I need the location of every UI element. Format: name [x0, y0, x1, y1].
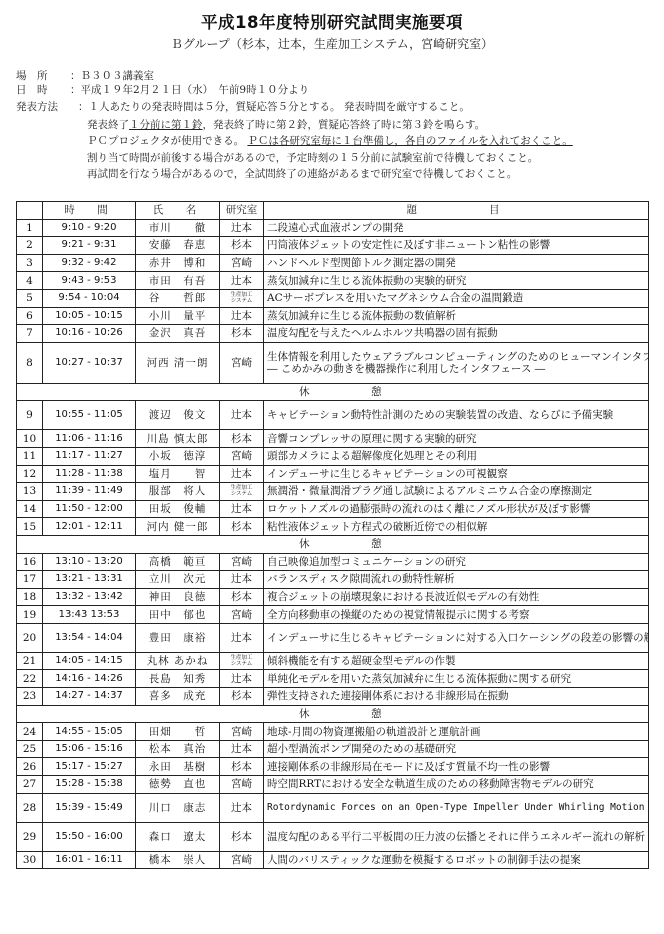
presenter-name: 徳勢 直也 — [136, 776, 220, 794]
thesis-title: 生体情報を利用したウェアラブルコンピューティングのためのヒューマンインタフェース… — [264, 342, 649, 383]
thesis-title: 超小型渦流ポンプ開発のための基礎研究 — [264, 740, 649, 758]
row-number: 2 — [17, 237, 43, 255]
presenter-name: 小川 量平 — [136, 307, 220, 325]
row-number: 13 — [17, 483, 43, 501]
thesis-title: ハンドヘルド型関節トルク測定器の開発 — [264, 254, 649, 272]
row-number: 16 — [17, 553, 43, 571]
table-row: 2615:17 - 15:27永田 基樹杉本連接剛体系の非線形局在モードに及ぼす… — [17, 758, 649, 776]
break-label: 休憩 — [17, 535, 649, 553]
thesis-title: 人間のバリスティックな運動を模擬するロボットの制御手法の提案 — [264, 851, 649, 869]
break-label-1: 休 — [299, 386, 371, 398]
break-row: 休憩 — [17, 383, 649, 401]
time-slot: 15:06 - 15:16 — [43, 740, 136, 758]
title-text: ACサーボプレスを用いたマグネシウム合金の温間鍛造 — [267, 292, 523, 304]
title-text: 頭部カメラによる超解像度化処理とその利用 — [267, 450, 477, 462]
row-number: 5 — [17, 289, 43, 307]
header-time: 時 間 — [43, 202, 136, 220]
lab-name: 辻本 — [220, 500, 264, 518]
time-slot: 13:21 - 13:31 — [43, 571, 136, 589]
lab-name: 杉本 — [220, 688, 264, 706]
lab-name: 宮崎 — [220, 553, 264, 571]
title-text: インデューサに生じるキャビテーションに対する入口ケーシングの段差の影響の解析 — [267, 632, 649, 644]
table-row: 19:10 - 9:20市川 徹辻本二段遠心式血液ポンプの開発 — [17, 219, 649, 237]
row-number: 14 — [17, 500, 43, 518]
table-row: 1613:10 - 13:20高橋 範亘宮崎自己映像追加型コミュニケーションの研… — [17, 553, 649, 571]
title-text: 連接剛体系の非線形局在モードに及ぼす質量不均一性の影響 — [267, 761, 550, 773]
table-row: 29:21 - 9:31安藤 春恵杉本円筒液体ジェットの安定性に及ぼす非ニュート… — [17, 237, 649, 255]
thesis-title: 音響コンプレッサの原理に関する実験的研究 — [264, 430, 649, 448]
lab-name: 杉本 — [220, 588, 264, 606]
presenter-name: 神田 良徳 — [136, 588, 220, 606]
time-slot: 13:10 - 13:20 — [43, 553, 136, 571]
table-row: 49:43 - 9:53市田 有吾辻本蒸気加減弁に生じる流体振動の実験的研究 — [17, 272, 649, 290]
time-slot: 13:43 13:53 — [43, 606, 136, 624]
thesis-title: 弾性支持された連接剛体系における非線形局在振動 — [264, 688, 649, 706]
lab-name: 辻本 — [220, 740, 264, 758]
break-row: 休憩 — [17, 535, 649, 553]
header-title: 題 目 — [264, 202, 649, 220]
datetime-value: ：平成１９年2月２１日（水） 午前9時１０分より — [70, 84, 309, 96]
table-row: 710:16 - 10:26金沢 真吾杉本温度勾配を与えたヘルムホルツ共鳴器の固… — [17, 325, 649, 343]
lab-name: 杉本 — [220, 758, 264, 776]
title-text: 全方向移動車の操縦のための視覚情報提示に関する考察 — [267, 609, 530, 621]
lab-name: 宮崎 — [220, 776, 264, 794]
row-number: 19 — [17, 606, 43, 624]
table-row: 810:27 - 10:37河西 清一朗宮崎生体情報を利用したウェアラブルコンピ… — [17, 342, 649, 383]
table-row: 610:05 - 10:15小川 量平辻本蒸気加減弁に生じる流体振動の数値解析 — [17, 307, 649, 325]
thesis-title: 複合ジェットの崩壊現象における長波近似モデルの有効性 — [264, 588, 649, 606]
lab-name: 辻本 — [220, 465, 264, 483]
time-slot: 10:05 - 10:15 — [43, 307, 136, 325]
method-label: 発表方法 — [16, 100, 78, 114]
table-row: 1913:43 13:53田中 郁也宮崎全方向移動車の操縦のための視覚情報提示に… — [17, 606, 649, 624]
lab-name: 辻本 — [220, 401, 264, 430]
table-header-row: 時 間 氏 名 研究室 題 目 — [17, 202, 649, 220]
title-text: Rotordynamic Forces on an Open-Type Impe… — [267, 802, 645, 813]
title-text: 地球-月間の物資運搬船の軌道設計と運航計画 — [267, 726, 481, 738]
method-line-3: ＰＣプロジェクタが使用できる。 ＰＣは各研究室毎に１台準備し，各自のファイルを入… — [87, 133, 573, 148]
method-line-3-pre: ＰＣプロジェクタが使用できる。 — [87, 135, 247, 147]
presenter-name: 喜多 成充 — [136, 688, 220, 706]
presenter-name: 橋本 崇人 — [136, 851, 220, 869]
presenter-name: 金沢 真吾 — [136, 325, 220, 343]
time-slot: 12:01 - 12:11 — [43, 518, 136, 536]
title-text: 弾性支持された連接剛体系における非線形局在振動 — [267, 690, 509, 702]
row-number: 23 — [17, 688, 43, 706]
break-label: 休憩 — [17, 705, 649, 723]
row-number: 9 — [17, 401, 43, 430]
lab-name: 宮崎 — [220, 254, 264, 272]
presenter-name: 田坂 俊輔 — [136, 500, 220, 518]
lab-name: 宮崎 — [220, 342, 264, 383]
presenter-name: 永田 基樹 — [136, 758, 220, 776]
page-title: 平成18年度特別研究試問実施要項 — [0, 9, 664, 33]
method-line-2: 発表終了１分前に第１鈴，発表終了時に第２鈴，質疑応答終了時に第３鈴を鳴らす。 — [87, 117, 485, 132]
table-row: 2715:28 - 15:38徳勢 直也宮崎時空間RRTにおける安全な軌道生成の… — [17, 776, 649, 794]
row-number: 4 — [17, 272, 43, 290]
title-text: 温度勾配のある平行二平板間の圧力波の伝播とそれに伴うエネルギー流れの解析 — [267, 831, 645, 843]
row-number: 29 — [17, 822, 43, 851]
lab-name: 宮崎 — [220, 851, 264, 869]
thesis-title: 時空間RRTにおける安全な軌道生成のための移動障害物モデルの研究 — [264, 776, 649, 794]
table-row: 1211:28 - 11:38塩月 智辻本インデューサに生じるキャビテーションの… — [17, 465, 649, 483]
thesis-title: 地球-月間の物資運搬船の軌道設計と運航計画 — [264, 723, 649, 741]
lab-name: 辻本 — [220, 307, 264, 325]
title-text: バランスディスク隙間流れの動特性解析 — [267, 573, 455, 585]
lab-name: 生産加工システム — [220, 483, 264, 501]
method-line-4: 割り当て時間が前後する場合があるので，予定時刻の１５分前に試験室前で待機しておく… — [87, 150, 538, 165]
lab-name: 杉本 — [220, 822, 264, 851]
title-text: 二段遠心式血液ポンプの開発 — [267, 222, 404, 234]
table-row: 59:54 - 10:04谷 哲郎生産加工システムACサーボプレスを用いたマグネ… — [17, 289, 649, 307]
time-slot: 14:55 - 15:05 — [43, 723, 136, 741]
thesis-title: ACサーボプレスを用いたマグネシウム合金の温間鍛造 — [264, 289, 649, 307]
presenter-name: 松本 真治 — [136, 740, 220, 758]
time-slot: 11:17 - 11:27 — [43, 447, 136, 465]
method-line-2-post: ，発表終了時に第２鈴，質疑応答終了時に第３鈴を鳴らす。 — [203, 119, 486, 131]
thesis-title: 粘性液体ジェット方程式の破断近傍での相似解 — [264, 518, 649, 536]
time-slot: 15:50 - 16:00 — [43, 822, 136, 851]
time-slot: 10:16 - 10:26 — [43, 325, 136, 343]
row-number: 20 — [17, 623, 43, 652]
table-row: 2314:27 - 14:37喜多 成充杉本弾性支持された連接剛体系における非線… — [17, 688, 649, 706]
presenter-name: 安藤 春恵 — [136, 237, 220, 255]
thesis-title: バランスディスク隙間流れの動特性解析 — [264, 571, 649, 589]
bell-rule-underlined: １分前に第１鈴 — [129, 119, 203, 131]
row-number: 18 — [17, 588, 43, 606]
table-row: 2815:39 - 15:49川口 康志辻本Rotordynamic Force… — [17, 793, 649, 822]
lab-name: 辻本 — [220, 793, 264, 822]
row-number: 10 — [17, 430, 43, 448]
title-text: ハンドヘルド型関節トルク測定器の開発 — [267, 257, 456, 269]
table-row: 39:32 - 9:42赤井 博和宮崎ハンドヘルド型関節トルク測定器の開発 — [17, 254, 649, 272]
table-row: 2214:16 - 14:26長島 知秀辻本単純化モデルを用いた蒸気加減弁に生じ… — [17, 670, 649, 688]
lab-name: 宮崎 — [220, 447, 264, 465]
row-number: 7 — [17, 325, 43, 343]
presenter-name: 小坂 徳淳 — [136, 447, 220, 465]
presenter-name: 河内 健一郎 — [136, 518, 220, 536]
title-text: 自己映像追加型コミュニケーションの研究 — [267, 556, 466, 568]
thesis-title: 温度勾配を与えたヘルムホルツ共鳴器の固有振動 — [264, 325, 649, 343]
thesis-title: 単純化モデルを用いた蒸気加減弁に生じる流体振動に関する研究 — [264, 670, 649, 688]
time-slot: 11:06 - 11:16 — [43, 430, 136, 448]
time-slot: 16:01 - 16:11 — [43, 851, 136, 869]
place-label: 場 所 — [16, 69, 70, 83]
header-name: 氏 名 — [136, 202, 220, 220]
time-slot: 13:32 - 13:42 — [43, 588, 136, 606]
thesis-title: 二段遠心式血液ポンプの開発 — [264, 219, 649, 237]
lab-name: 辻本 — [220, 219, 264, 237]
title-text: 単純化モデルを用いた蒸気加減弁に生じる流体振動に関する研究 — [267, 673, 571, 685]
title-subtitle: ― こめかみの動きを機器操作に利用したインタフェース ― — [267, 363, 545, 375]
break-row: 休憩 — [17, 705, 649, 723]
title-text: 蒸気加減弁に生じる流体振動の実験的研究 — [267, 275, 467, 287]
title-text: 蒸気加減弁に生じる流体振動の数値解析 — [267, 310, 456, 322]
time-slot: 9:10 - 9:20 — [43, 219, 136, 237]
thesis-title: 蒸気加減弁に生じる流体振動の実験的研究 — [264, 272, 649, 290]
thesis-title: 頭部カメラによる超解像度化処理とその利用 — [264, 447, 649, 465]
row-number: 28 — [17, 793, 43, 822]
title-text: 生体情報を利用したウェアラブルコンピューティングのためのヒューマンインタフェース… — [267, 351, 649, 363]
title-text: 傾斜機能を有する超硬金型モデルの作製 — [267, 655, 455, 667]
time-slot: 15:39 - 15:49 — [43, 793, 136, 822]
presenter-name: 市川 徹 — [136, 219, 220, 237]
lab-name: 杉本 — [220, 325, 264, 343]
lab-name: 辻本 — [220, 571, 264, 589]
row-number: 22 — [17, 670, 43, 688]
thesis-title: 連接剛体系の非線形局在モードに及ぼす質量不均一性の影響 — [264, 758, 649, 776]
presenter-name: 田畑 哲 — [136, 723, 220, 741]
thesis-title: 傾斜機能を有する超硬金型モデルの作製 — [264, 652, 649, 670]
method-info: 発表方法：１人あたりの発表時間は５分，質疑応答５分とする。 発表時間を厳守するこ… — [16, 100, 470, 114]
row-number: 15 — [17, 518, 43, 536]
presenter-name: 服部 将人 — [136, 483, 220, 501]
lab-name: 辻本 — [220, 623, 264, 652]
lab-name: 杉本 — [220, 430, 264, 448]
row-number: 27 — [17, 776, 43, 794]
time-slot: 9:32 - 9:42 — [43, 254, 136, 272]
title-text: 複合ジェットの崩壊現象における長波近似モデルの有効性 — [267, 591, 539, 603]
header-no — [17, 202, 43, 220]
table-row: 1311:39 - 11:49服部 将人生産加工システム無潤滑・微量潤滑プラグ通… — [17, 483, 649, 501]
lab-name: 杉本 — [220, 518, 264, 536]
presenter-name: 長島 知秀 — [136, 670, 220, 688]
title-text: 時空間RRTにおける安全な軌道生成のための移動障害物モデルの研究 — [267, 778, 594, 790]
presenter-name: 立川 次元 — [136, 571, 220, 589]
method-line-1: ：１人あたりの発表時間は５分，質疑応答５分とする。 発表時間を厳守すること。 — [78, 101, 470, 113]
time-slot: 15:28 - 15:38 — [43, 776, 136, 794]
title-text: 温度勾配を与えたヘルムホルツ共鳴器の固有振動 — [267, 327, 498, 339]
time-slot: 9:43 - 9:53 — [43, 272, 136, 290]
thesis-title: Rotordynamic Forces on an Open-Type Impe… — [264, 793, 649, 822]
title-text: 人間のバリスティックな運動を模擬するロボットの制御手法の提案 — [267, 854, 581, 866]
presenter-name: 川島 慎太郎 — [136, 430, 220, 448]
table-row: 1512:01 - 12:11河内 健一郎杉本粘性液体ジェット方程式の破断近傍で… — [17, 518, 649, 536]
title-text: 音響コンプレッサの原理に関する実験的研究 — [267, 433, 476, 445]
table-row: 1111:17 - 11:27小坂 徳淳宮崎頭部カメラによる超解像度化処理とその… — [17, 447, 649, 465]
table-row: 2515:06 - 15:16松本 真治辻本超小型渦流ポンプ開発のための基礎研究 — [17, 740, 649, 758]
title-text: 粘性液体ジェット方程式の破断近傍での相似解 — [267, 521, 487, 533]
presenter-name: 田中 郁也 — [136, 606, 220, 624]
time-slot: 9:54 - 10:04 — [43, 289, 136, 307]
presenter-name: 塩月 智 — [136, 465, 220, 483]
time-slot: 15:17 - 15:27 — [43, 758, 136, 776]
thesis-title: 温度勾配のある平行二平板間の圧力波の伝播とそれに伴うエネルギー流れの解析 — [264, 822, 649, 851]
thesis-title: インデューサに生じるキャビテーションの可視観察 — [264, 465, 649, 483]
pc-rule-underlined: ＰＣは各研究室毎に１台準備し，各自のファイルを入れておくこと。 — [247, 135, 572, 147]
thesis-title: 蒸気加減弁に生じる流体振動の数値解析 — [264, 307, 649, 325]
table-row: 3016:01 - 16:11橋本 崇人宮崎人間のバリスティックな運動を模擬する… — [17, 851, 649, 869]
title-text: 無潤滑・微量潤滑プラグ通し試験によるアルミニウム合金の摩擦測定 — [267, 485, 592, 497]
table-row: 2915:50 - 16:00森口 遼太杉本温度勾配のある平行二平板間の圧力波の… — [17, 822, 649, 851]
presenter-name: 川口 康志 — [136, 793, 220, 822]
row-number: 8 — [17, 342, 43, 383]
presenter-name: 河西 清一朗 — [136, 342, 220, 383]
time-slot: 14:05 - 14:15 — [43, 652, 136, 670]
time-slot: 10:55 - 11:05 — [43, 401, 136, 430]
table-row: 1011:06 - 11:16川島 慎太郎杉本音響コンプレッサの原理に関する実験… — [17, 430, 649, 448]
title-text: 円筒液体ジェットの安定性に及ぼす非ニュートン粘性の影響 — [267, 239, 550, 251]
header-lab: 研究室 — [220, 202, 264, 220]
presenter-name: 谷 哲郎 — [136, 289, 220, 307]
thesis-title: キャビテーション動特性計測のための実験装置の改造、ならびに予備実験 — [264, 401, 649, 430]
schedule-table: 時 間 氏 名 研究室 題 目 19:10 - 9:20市川 徹辻本二段遠心式血… — [16, 201, 649, 869]
lab-name: 宮崎 — [220, 723, 264, 741]
break-label: 休憩 — [17, 383, 649, 401]
lab-name: 辻本 — [220, 272, 264, 290]
lab-name: 生産加工システム — [220, 652, 264, 670]
datetime-info: 日 時：平成１９年2月２１日（水） 午前9時１０分より — [16, 83, 309, 97]
place-value: ：Ｂ３０３講義室 — [70, 70, 154, 82]
table-row: 2013:54 - 14:04豊田 康裕辻本インデューサに生じるキャビテーション… — [17, 623, 649, 652]
presenter-name: 渡辺 俊文 — [136, 401, 220, 430]
table-row: 1713:21 - 13:31立川 次元辻本バランスディスク隙間流れの動特性解析 — [17, 571, 649, 589]
presenter-name: 豊田 康裕 — [136, 623, 220, 652]
datetime-label: 日 時 — [16, 83, 70, 97]
table-row: 910:55 - 11:05渡辺 俊文辻本キャビテーション動特性計測のための実験… — [17, 401, 649, 430]
table-row: 2114:05 - 14:15丸林 あかね生産加工システム傾斜機能を有する超硬金… — [17, 652, 649, 670]
time-slot: 14:16 - 14:26 — [43, 670, 136, 688]
row-number: 26 — [17, 758, 43, 776]
title-text: インデューサに生じるキャビテーションの可視観察 — [267, 468, 508, 480]
thesis-title: 円筒液体ジェットの安定性に及ぼす非ニュートン粘性の影響 — [264, 237, 649, 255]
break-label-2: 憩 — [371, 538, 382, 550]
thesis-title: 全方向移動車の操縦のための視覚情報提示に関する考察 — [264, 606, 649, 624]
row-number: 24 — [17, 723, 43, 741]
lab-name: 杉本 — [220, 237, 264, 255]
presenter-name: 丸林 あかね — [136, 652, 220, 670]
lab-name: 宮崎 — [220, 606, 264, 624]
row-number: 21 — [17, 652, 43, 670]
title-text: ロケットノズルの過膨張時の流れのはく離にノズル形状が及ぼす影響 — [267, 503, 591, 515]
break-label-2: 憩 — [371, 386, 382, 398]
row-number: 17 — [17, 571, 43, 589]
place-info: 場 所：Ｂ３０３講義室 — [16, 69, 154, 83]
time-slot: 10:27 - 10:37 — [43, 342, 136, 383]
thesis-title: ロケットノズルの過膨張時の流れのはく離にノズル形状が及ぼす影響 — [264, 500, 649, 518]
group-subtitle: Ｂグループ（杉本，辻本，生産加工システム，宮崎研究室） — [0, 35, 664, 52]
row-number: 12 — [17, 465, 43, 483]
row-number: 1 — [17, 219, 43, 237]
thesis-title: インデューサに生じるキャビテーションに対する入口ケーシングの段差の影響の解析 — [264, 623, 649, 652]
row-number: 11 — [17, 447, 43, 465]
time-slot: 14:27 - 14:37 — [43, 688, 136, 706]
lab-name: 辻本 — [220, 670, 264, 688]
row-number: 25 — [17, 740, 43, 758]
lab-name: 生産加工システム — [220, 289, 264, 307]
presenter-name: 高橋 範亘 — [136, 553, 220, 571]
time-slot: 11:39 - 11:49 — [43, 483, 136, 501]
row-number: 3 — [17, 254, 43, 272]
thesis-title: 自己映像追加型コミュニケーションの研究 — [264, 553, 649, 571]
break-label-1: 休 — [299, 538, 371, 550]
method-line-2-pre: 発表終了 — [87, 119, 129, 131]
time-slot: 11:50 - 12:00 — [43, 500, 136, 518]
break-label-2: 憩 — [371, 708, 382, 720]
thesis-title: 無潤滑・微量潤滑プラグ通し試験によるアルミニウム合金の摩擦測定 — [264, 483, 649, 501]
time-slot: 9:21 - 9:31 — [43, 237, 136, 255]
table-row: 1813:32 - 13:42神田 良徳杉本複合ジェットの崩壊現象における長波近… — [17, 588, 649, 606]
presenter-name: 森口 遼太 — [136, 822, 220, 851]
presenter-name: 市田 有吾 — [136, 272, 220, 290]
time-slot: 11:28 - 11:38 — [43, 465, 136, 483]
table-row: 1411:50 - 12:00田坂 俊輔辻本ロケットノズルの過膨張時の流れのはく… — [17, 500, 649, 518]
row-number: 6 — [17, 307, 43, 325]
break-label-1: 休 — [299, 708, 371, 720]
time-slot: 13:54 - 14:04 — [43, 623, 136, 652]
method-line-5: 再試問を行なう場合があるので，全試問終了の連絡があるまで研究室で待機しておくこと… — [87, 166, 517, 181]
title-text: 超小型渦流ポンプ開発のための基礎研究 — [267, 743, 456, 755]
table-row: 2414:55 - 15:05田畑 哲宮崎地球-月間の物資運搬船の軌道設計と運航… — [17, 723, 649, 741]
title-text: キャビテーション動特性計測のための実験装置の改造、ならびに予備実験 — [267, 409, 613, 421]
presenter-name: 赤井 博和 — [136, 254, 220, 272]
row-number: 30 — [17, 851, 43, 869]
